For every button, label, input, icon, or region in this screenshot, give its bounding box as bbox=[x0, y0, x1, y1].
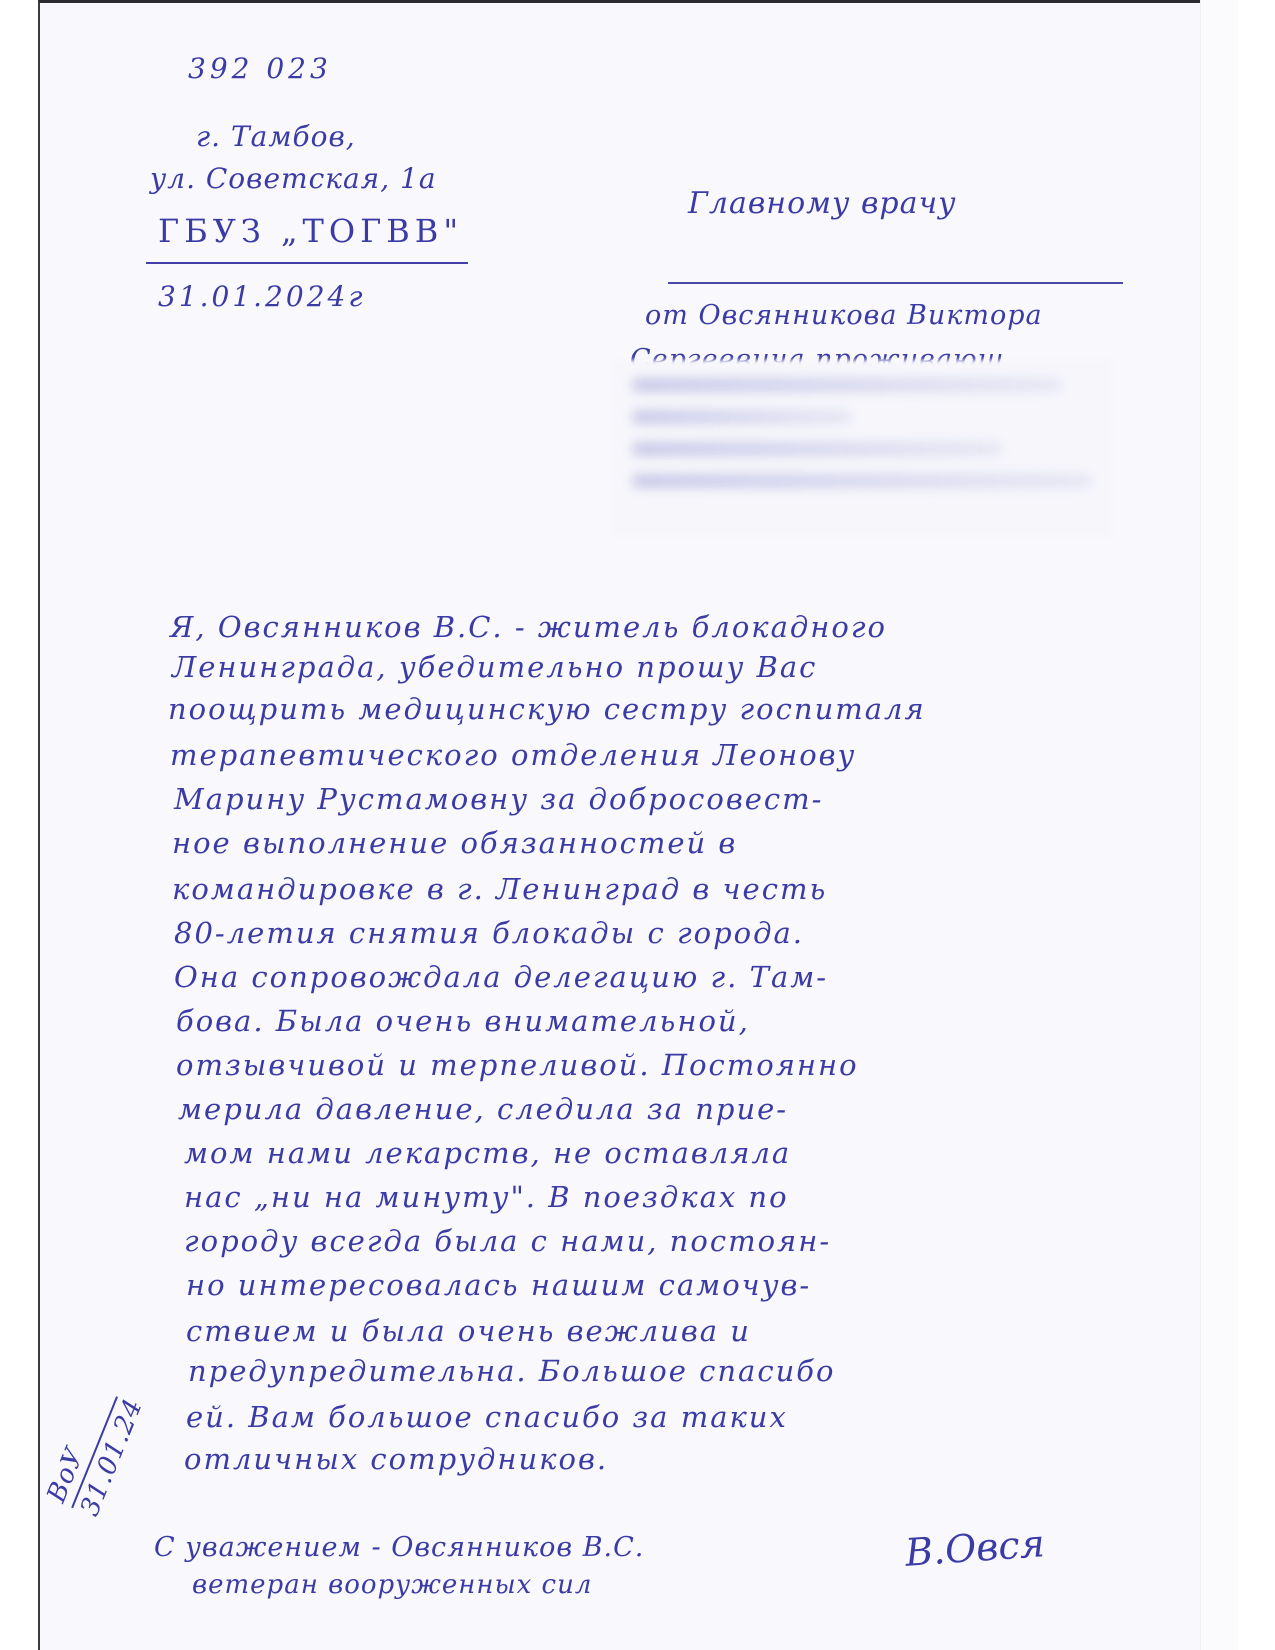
body-line: Я, Овсянников В.С. - житель блокадного bbox=[170, 610, 887, 644]
body-line: ей. Вам большое спасибо за таких bbox=[186, 1400, 788, 1434]
organization-name: ГБУЗ „ТОГВВ" bbox=[158, 212, 463, 250]
body-line: городу всегда была с нами, постоян- bbox=[184, 1224, 831, 1258]
body-line: нас „ни на минуту". В поездках по bbox=[184, 1180, 789, 1214]
body-line: ствием и была очень вежлива и bbox=[186, 1314, 751, 1348]
recipient-title: Главному врачу bbox=[688, 186, 957, 221]
body-line: ное выполнение обязанностей в bbox=[172, 826, 737, 860]
city: г. Тамбов, bbox=[196, 120, 356, 153]
body-line: предупредительна. Большое спасибо bbox=[188, 1354, 835, 1388]
body-line: мерила давление, следила за прие- bbox=[178, 1092, 788, 1126]
from-line-1: от Овсянникова Виктора bbox=[645, 300, 1043, 331]
body-line: Ленинграда, убедительно прошу Вас bbox=[172, 650, 817, 684]
postcode: 392 023 bbox=[188, 52, 332, 85]
body-line: 80-летия снятия блокады с города. bbox=[174, 916, 804, 950]
street-address: ул. Советская, 1а bbox=[150, 162, 437, 195]
body-line: Марину Рустамовну за добросовест- bbox=[174, 782, 823, 816]
redacted-address-block bbox=[612, 360, 1112, 536]
closing-text: С уважением - Овсянников В.С. bbox=[154, 1532, 644, 1563]
body-line: Она сопровождала делегацию г. Там- bbox=[174, 960, 828, 994]
body-line: бова. Была очень внимательной, bbox=[176, 1004, 750, 1038]
body-line: поощрить медицинскую сестру госпиталя bbox=[168, 692, 926, 726]
body-line: отличных сотрудников. bbox=[184, 1442, 608, 1476]
body-line: отзывчивой и терпеливой. Постоянно bbox=[176, 1048, 859, 1082]
body-line: терапевтического отделения Леонову bbox=[170, 738, 856, 772]
body-line: но интересовалась нашим самочув- bbox=[186, 1268, 811, 1302]
recipient-underline bbox=[668, 282, 1123, 284]
body-line: мом нами лекарств, не оставляла bbox=[184, 1136, 791, 1170]
author-title: ветеран вооруженных сил bbox=[192, 1570, 592, 1600]
body-line: командировке в г. Ленинград в честь bbox=[172, 872, 827, 906]
scan-edge bbox=[1200, 0, 1238, 1650]
letter-date: 31.01.2024г bbox=[158, 280, 365, 313]
underline-divider bbox=[146, 262, 468, 264]
